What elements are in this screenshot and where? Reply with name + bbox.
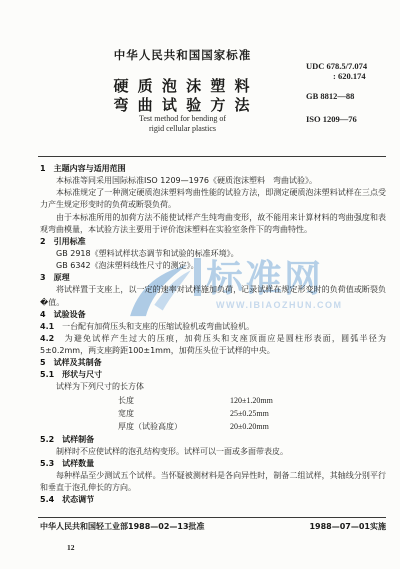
document-body: 1 主题内容与适用范围 本标准等同采用国际标准ISO 1209—1976《硬质泡… <box>40 163 386 506</box>
page-number: 12 <box>67 543 75 552</box>
section-3-heading: 3 原理 <box>40 272 386 284</box>
standard-type-heading: 中华人民共和国国家标准 <box>40 47 325 63</box>
clause-4-1-text: 一台配有加荷压头和支座的压缩试验机或弯曲试验机。 <box>54 322 254 331</box>
dimension-label: 宽度 <box>118 407 230 420</box>
clause-5-2-heading: 5.2 试样制备 <box>40 434 386 446</box>
footer: 中华人民共和国轻工业部1988—02—13批准 1988—07—01实施 <box>40 521 386 532</box>
reference-gb6342: GB 6342《泡沫塑料线性尺寸的测定》。 <box>40 260 386 272</box>
udc-number-line2: : 620.174 <box>306 71 394 81</box>
gb-number: GB 8812—88 <box>306 91 394 101</box>
clause-5-1-intro: 试样为下列尺寸的长方体 <box>40 381 386 393</box>
implementation-date: 1988—07—01实施 <box>309 521 386 532</box>
clause-5-1-heading: 5.1 形状与尺寸 <box>40 369 386 381</box>
title-en-line1: Test method for bending of <box>40 114 325 124</box>
dimension-row-thickness: 厚度（试验高度） 20±0.20mm <box>40 420 386 433</box>
footer-divider <box>38 517 386 518</box>
dimension-value: 25±0.25mm <box>230 407 269 420</box>
section-2-heading: 2 引用标准 <box>40 236 386 248</box>
reference-gb2918: GB 2918《塑料试样状态调节和试验的标准环境》。 <box>40 248 386 260</box>
clause-4-1: 4.1 一台配有加荷压头和支座的压缩试验机或弯曲试验机。 <box>40 321 386 333</box>
title-cn-line2: 弯 曲 试 验 方 法 <box>40 94 325 115</box>
clause-5-3-heading: 5.3 试样数量 <box>40 458 386 470</box>
dimension-value: 20±0.20mm <box>230 420 269 433</box>
section-4-heading: 4 试验设备 <box>40 309 386 321</box>
clause-4-1-number: 4.1 <box>40 322 54 331</box>
header-divider <box>38 156 386 157</box>
section-5-heading: 5 试样及其制备 <box>40 357 386 369</box>
clause-5-2-text: 制样时不应使试样的泡孔结构变形。试样可以一面或多面带表皮。 <box>40 446 386 458</box>
title-cn-line1: 硬 质 泡 沫 塑 料 <box>40 75 325 96</box>
clause-4-2-text: 为避免试样产生过大的压痕，加荷压头和支座顶面应是圆柱形表面，圆弧半径为5±0.2… <box>40 334 386 355</box>
title-en-line2: rigid cellular plastics <box>40 124 325 134</box>
section-3-paragraph: 将试样置于支座上，以一定的速率对试样施加负荷，记录试样在规定形变时的负荷值或断裂… <box>40 284 386 308</box>
dimension-row-width: 宽度 25±0.25mm <box>40 407 386 420</box>
section-1-paragraph-3: 由于本标准所用的加荷方法不能使试样产生纯弯曲变形，故不能用来计算材料的弯曲强度和… <box>40 212 386 236</box>
approval-statement: 中华人民共和国轻工业部1988—02—13批准 <box>40 521 205 532</box>
clause-4-2-number: 4.2 <box>40 334 54 343</box>
dimension-label: 厚度（试验高度） <box>118 420 230 433</box>
clause-5-3-text: 每种样品至少测试五个试样。当怀疑被测材料是各向异性时，制备二组试样，其轴线分别平… <box>40 470 386 494</box>
clause-4-2: 4.2 为避免试样产生过大的压痕，加荷压头和支座顶面应是圆柱形表面，圆弧半径为5… <box>40 333 386 357</box>
section-1-paragraph-1: 本标准等同采用国际标准ISO 1209—1976《硬质泡沫塑料 弯曲试验》。 <box>40 175 386 187</box>
iso-number: ISO 1209—76 <box>306 114 394 124</box>
udc-number-line1: UDC 678.5/7.074 <box>306 61 394 71</box>
dimension-label: 长度 <box>118 394 230 407</box>
title-en: Test method for bending of rigid cellula… <box>40 114 325 134</box>
scanned-standard-page: 标准网 WWW.IBIAOZHUN.COM 中华人民共和国国家标准 硬 质 泡 … <box>0 0 400 569</box>
dimension-row-length: 长度 120±1.20mm <box>40 394 386 407</box>
clause-5-4-heading: 5.4 状态调节 <box>40 494 386 506</box>
standard-numbers-block: UDC 678.5/7.074 : 620.174 GB 8812—88 ISO… <box>306 61 394 124</box>
dimension-value: 120±1.20mm <box>230 394 273 407</box>
section-1-heading: 1 主题内容与适用范围 <box>40 163 386 175</box>
section-1-paragraph-2: 本标准规定了一种测定硬质泡沫塑料弯曲性能的试验方法，即测定硬质泡沫塑料试样在三点… <box>40 187 386 211</box>
